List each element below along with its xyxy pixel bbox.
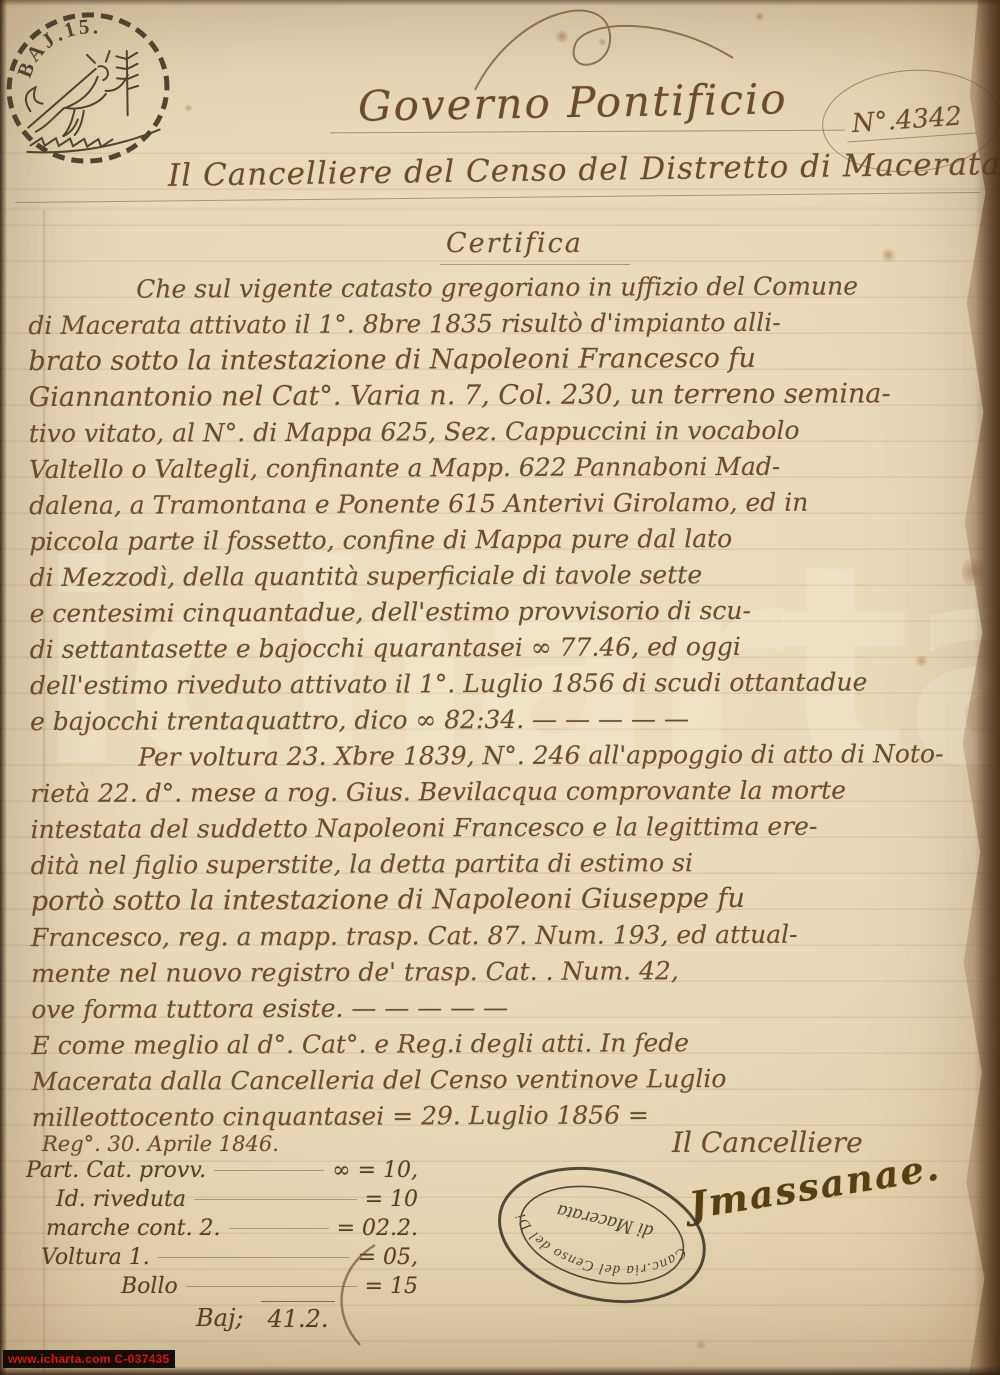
manuscript-line: Giannantonio nel Cat°. Varia n. 7, Col. … [29, 376, 979, 416]
manuscript-body: Che sul vigente catasto gregoriano in uf… [28, 268, 982, 1136]
pen-flourish-paren [320, 1240, 390, 1350]
fee-row: Id. riveduta = 10 [26, 1185, 418, 1214]
census-office-stamp: Canc.ria del Censo del Distr. di Macerat… [479, 1139, 726, 1330]
foxing-stain [184, 104, 193, 112]
certifies-heading: Certifica [446, 228, 583, 259]
paper-edge-top [0, 0, 1000, 6]
manuscript-line: Per voltura 23. Xbre 1839, N°. 246 all'a… [30, 736, 980, 776]
fee-label: marche cont. 2. [46, 1214, 221, 1243]
manuscript-line: dità nel figlio superstite, la detta par… [31, 844, 981, 884]
certifies-underline [440, 264, 630, 265]
title-underline [330, 130, 845, 134]
office-underline [15, 192, 980, 203]
revenue-stamp-baj15: BAJ.15. [0, 0, 183, 178]
fee-label: Part. Cat. provv. [26, 1156, 206, 1185]
manuscript-line: di Macerata attivato il 1°. 8bre 1835 ri… [28, 304, 978, 344]
manuscript-line: e bajocchi trentaquattro, dico ∞ 82:34. … [30, 700, 980, 740]
paper-edge-right-shadow [974, 0, 1000, 1375]
foxing-stain [880, 248, 897, 262]
fee-label: Voltura 1. [41, 1243, 150, 1272]
fee-value: = 10 [365, 1185, 418, 1214]
manuscript-line: Francesco, reg. a mapp. trasp. Cat. 87. … [31, 916, 981, 956]
fee-value: = 02.2. [337, 1214, 418, 1243]
manuscript-line: Valtello o Valtegli, confinante a Mapp. … [29, 448, 979, 488]
manuscript-line: Che sul vigente catasto gregoriano in uf… [28, 268, 978, 308]
fee-value: ∞ = 10, [332, 1156, 418, 1185]
manuscript-line: ove forma tuttora esiste. — — — — — [31, 988, 981, 1028]
fee-row: Part. Cat. provv. ∞ = 10, [26, 1156, 418, 1185]
fee-leader [194, 1199, 357, 1200]
manuscript-line: tivo vitato, al N°. di Mappa 625, Sez. C… [29, 412, 979, 452]
fee-leader [229, 1228, 329, 1229]
manuscript-line: intestata del suddetto Napoleoni Frances… [30, 808, 980, 848]
fee-total-label: Baj; [196, 1301, 243, 1335]
manuscript-line: di Mezzodì, della quantità superficiale … [29, 556, 979, 596]
manuscript-line: E come meglio al d°. Cat°. e Reg.i degli… [31, 1024, 981, 1064]
office-stamp-center-text: di Macerata [555, 1200, 656, 1244]
document-number: N°.4342 [845, 100, 977, 142]
manuscript-line: piccola parte il fossetto, confine di Ma… [29, 520, 979, 560]
manuscript-line: dalena, a Tramontana e Ponente 615 Anter… [29, 484, 979, 524]
clerk-title: Il Cancelliere [672, 1126, 863, 1159]
manuscript-line: Macerata dalla Cancelleria del Censo ven… [32, 1060, 982, 1100]
manuscript-line: mente nel nuovo registro de' trasp. Cat.… [31, 952, 981, 992]
manuscript-line: di settantasette e bajocchi quarantasei … [30, 628, 980, 668]
fee-row: marche cont. 2. = 02.2. [26, 1214, 418, 1243]
fee-label: Bollo [121, 1272, 178, 1301]
foxing-stain [754, 12, 765, 21]
registry-note: Reg°. 30. Aprile 1846. [42, 1132, 279, 1156]
foxing-stain [695, 1340, 707, 1350]
paper-edge-left [0, 0, 7, 1375]
manuscript-line: dell'estimo riveduto attivato il 1°. Lug… [30, 664, 980, 704]
scanned-document-page: icharta BAJ.15. Governo Pontificio N°.4 [0, 0, 1000, 1375]
manuscript-line: rietà 22. d°. mese a rog. Gius. Bevilacq… [30, 772, 980, 812]
fold-crease-horizontal [0, 208, 1000, 210]
fee-leader [214, 1170, 324, 1171]
manuscript-line: e centesimi cinquantadue, dell'estimo pr… [30, 592, 980, 632]
fee-label: Id. riveduta [56, 1185, 186, 1214]
manuscript-line: portò sotto la intestazione di Napoleoni… [31, 880, 981, 920]
manuscript-line: brato sotto la intestazione di Napoleoni… [28, 340, 978, 380]
document-title: Governo Pontificio [358, 74, 788, 130]
archive-id-label: www.icharta.com C-037435 [3, 1350, 175, 1368]
issuing-office-line: Il Cancelliere del Censo del Distretto d… [168, 146, 1000, 194]
